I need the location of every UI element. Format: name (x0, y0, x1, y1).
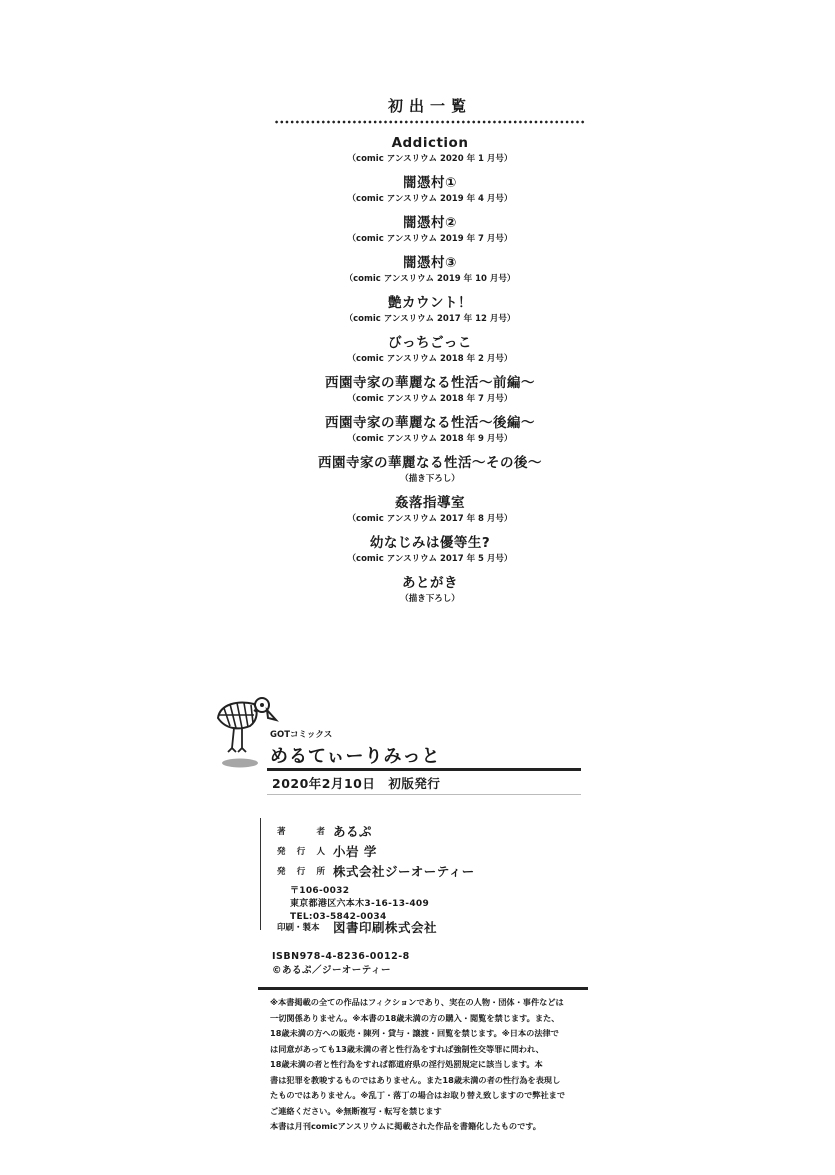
toc-entry: 艶カウント！（comic アンスリウム 2017 年 12 月号） (270, 294, 590, 334)
credit-label: 発行所 (277, 865, 325, 877)
toc-entry: 西園寺家の華麗なる性活～後編～（comic アンスリウム 2018 年 9 月号… (270, 414, 590, 454)
notice-line: ※本書掲載の全ての作品はフィクションであり、実在の人物・団体・事件などは (270, 995, 590, 1011)
toc-entry: 西園寺家の華麗なる性活～前編～（comic アンスリウム 2018 年 7 月号… (270, 374, 590, 414)
notice-line: は同意があっても13歳未満の者と性行為をすれば強制性交等罪に問われ、 (270, 1042, 590, 1058)
divider (267, 794, 581, 795)
credit-author: 著者 あるぷ (277, 822, 577, 842)
toc-entry: 闇憑村②（comic アンスリウム 2019 年 7 月号） (270, 214, 590, 254)
book-title: めるてぃーりみっと (270, 742, 440, 768)
copyright: ©あるぷ／ジーオーティー (272, 964, 410, 978)
entry-source: （comic アンスリウム 2019 年 10 月号） (270, 273, 590, 286)
credits: 著者 あるぷ 発行人 小岩 学 発行所 株式会社ジーオーティー (277, 822, 577, 882)
entry-title: Addiction (270, 134, 590, 153)
entry-title: 闇憑村③ (270, 254, 590, 273)
entry-title: 姦落指導室 (270, 494, 590, 513)
entry-title: 闇憑村① (270, 174, 590, 193)
isbn: ISBN978-4-8236-0012-8 (272, 950, 410, 964)
first-appearance-list: 初出一覧 Addiction（comic アンスリウム 2020 年 1 月号）… (270, 95, 590, 614)
title-rule (267, 768, 581, 771)
entry-title: 艶カウント！ (270, 294, 590, 313)
entry-title: 闇憑村② (270, 214, 590, 233)
series-name: GOTコミックス (270, 728, 332, 740)
entry-source: （comic アンスリウム 2017 年 5 月号） (270, 553, 590, 566)
isbn-block: ISBN978-4-8236-0012-8 ©あるぷ／ジーオーティー (272, 950, 410, 978)
entry-source: （comic アンスリウム 2019 年 7 月号） (270, 233, 590, 246)
notice-line: ご連絡ください。※無断複写・転写を禁じます (270, 1104, 590, 1120)
entry-source: （描き下ろし） (270, 473, 590, 486)
credit-printer: 印刷・製本 図書印刷株式会社 (277, 918, 577, 938)
toc-entry: Addiction（comic アンスリウム 2020 年 1 月号） (270, 134, 590, 174)
credit-label: 著者 (277, 825, 325, 837)
credit-publisher: 発行所 株式会社ジーオーティー (277, 862, 577, 882)
notice-rule (258, 987, 588, 990)
notice-line: たものではありません。※乱丁・落丁の場合はお取り替え致しますので弊社まで (270, 1088, 590, 1104)
credit-value: 図書印刷株式会社 (333, 918, 437, 936)
entry-source: （comic アンスリウム 2020 年 1 月号） (270, 153, 590, 166)
colophon: GOTコミックス めるてぃーりみっと 2020年2月10日 初版発行 著者 ある… (210, 690, 590, 1160)
entry-source: （comic アンスリウム 2018 年 2 月号） (270, 353, 590, 366)
postal-code: 〒106-0032 (290, 885, 349, 898)
entry-title: 西園寺家の華麗なる性活～その後～ (270, 454, 590, 473)
printer-credit: 印刷・製本 図書印刷株式会社 (277, 918, 577, 938)
notice-line: 書は犯罪を教唆するものではありません。また18歳未満の者の性行為を表現し (270, 1073, 590, 1089)
credit-label: 発行人 (277, 845, 325, 857)
toc-entries: Addiction（comic アンスリウム 2020 年 1 月号） 闇憑村①… (270, 134, 590, 614)
credit-publisher-person: 発行人 小岩 学 (277, 842, 577, 862)
legal-notice: ※本書掲載の全ての作品はフィクションであり、実在の人物・団体・事件などは 一切関… (270, 995, 590, 1135)
entry-source: （comic アンスリウム 2019 年 4 月号） (270, 193, 590, 206)
toc-entry: 幼なじみは優等生?（comic アンスリウム 2017 年 5 月号） (270, 534, 590, 574)
entry-source: （comic アンスリウム 2018 年 7 月号） (270, 393, 590, 406)
credit-value: 株式会社ジーオーティー (333, 862, 475, 880)
street-address: 東京都港区六本木3-16-13-409 (290, 898, 429, 911)
toc-entry: 闇憑村①（comic アンスリウム 2019 年 4 月号） (270, 174, 590, 214)
toc-entry: 西園寺家の華麗なる性活～その後～（描き下ろし） (270, 454, 590, 494)
toc-entry: 闇憑村③（comic アンスリウム 2019 年 10 月号） (270, 254, 590, 294)
entry-source: （comic アンスリウム 2017 年 8 月号） (270, 513, 590, 526)
publication-date: 2020年2月10日 初版発行 (272, 774, 440, 792)
entry-title: 西園寺家の華麗なる性活～後編～ (270, 414, 590, 433)
entry-title: びっちごっこ (270, 334, 590, 353)
toc-entry: あとがき（描き下ろし） (270, 574, 590, 614)
notice-line: 本書は月刊comicアンスリウムに掲載された作品を書籍化したものです。 (270, 1119, 590, 1135)
toc-entry: びっちごっこ（comic アンスリウム 2018 年 2 月号） (270, 334, 590, 374)
toc-title: 初出一覧 (270, 95, 590, 117)
entry-title: 幼なじみは優等生? (270, 534, 590, 553)
toc-entry: 姦落指導室（comic アンスリウム 2017 年 8 月号） (270, 494, 590, 534)
notice-line: 18歳未満の方への販売・陳列・貸与・譲渡・回覧を禁じます。※日本の法律で (270, 1026, 590, 1042)
entry-title: あとがき (270, 574, 590, 593)
entry-source: （comic アンスリウム 2018 年 9 月号） (270, 433, 590, 446)
entry-source: （comic アンスリウム 2017 年 12 月号） (270, 313, 590, 326)
credit-label: 印刷・製本 (277, 921, 325, 933)
dotted-divider (274, 120, 586, 124)
entry-title: 西園寺家の華麗なる性活～前編～ (270, 374, 590, 393)
credit-value: 小岩 学 (333, 842, 377, 860)
credit-value: あるぷ (333, 822, 372, 840)
vertical-divider (260, 818, 261, 930)
entry-source: （描き下ろし） (270, 593, 590, 606)
notice-line: 18歳未満の者と性行為をすれば都道府県の淫行処罰規定に該当します。本 (270, 1057, 590, 1073)
notice-line: 一切関係ありません。※本書の18歳未満の方の購入・閲覧を禁じます。また、 (270, 1011, 590, 1027)
